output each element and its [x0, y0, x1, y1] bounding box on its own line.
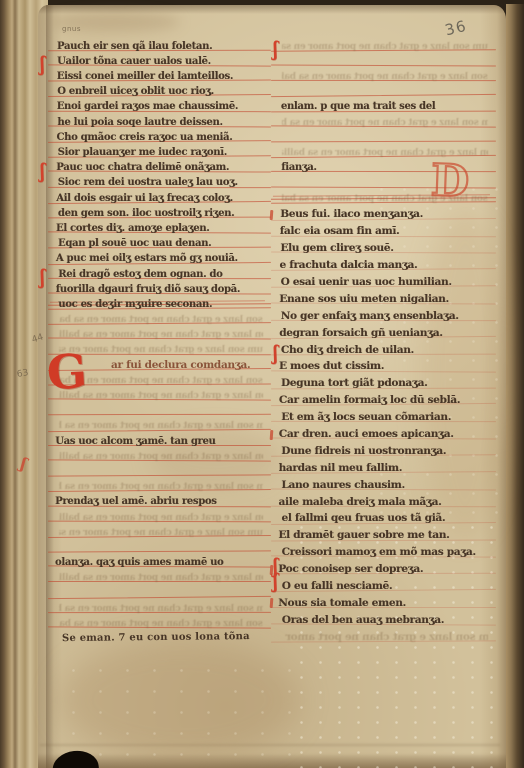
bleedthrough-text: um son lanz e grat chan ne port amor en … [59, 452, 263, 462]
verse-text: O enbreil uiceʒ oblit uoc rioʒ. [57, 86, 214, 97]
text-line: olanʒa. qaʒ quis ames mamē uoʃ [55, 553, 267, 568]
text-line: e frachuta dalcia manʒa. [278, 255, 492, 272]
bleedthrough-line: um son lanz e grat chan ne port amor en … [55, 508, 267, 523]
text-line: Uas uoc alcom ʒamē. tan greu [55, 432, 267, 447]
bleedthrough-line: um son lanz e grat chan ne port amor en … [55, 310, 267, 325]
text-line: Pauch eir sen qã ilau foletan.ʃ [55, 37, 267, 52]
bleedthrough-text: um son lanz e grat chan ne port amor en … [59, 330, 263, 340]
bleedthrough-line: um son lanz e grat chan ne port amor en … [55, 523, 267, 538]
right-text-column: um son lanz e grat chan ne port amor en … [278, 37, 492, 643]
bleedthrough-line: um son lanz e grat chan ne port amor en … [55, 417, 267, 432]
text-line: el fallmi qeu fruas uos tã giã. [278, 508, 492, 525]
text-line: Cho qmãoc creis raʒoc ua meniã. [55, 128, 267, 143]
bleedthrough-text: um son lanz e grat chan ne port amor en … [59, 619, 263, 629]
ruled-line [278, 128, 492, 143]
bleedthrough-text: um son lanz e grat chan ne port amor en … [59, 528, 263, 538]
initial-letter: G [46, 348, 97, 402]
verse-text: Elu gem clireʒ souē. [280, 242, 393, 254]
verse-text: Pauc uoc chatra delimē onãʒam. [56, 162, 229, 173]
text-line: Poc conoisep ser dopreʒa. [278, 559, 492, 576]
bleedthrough-line: um son lanz e grat chan ne port amor en … [278, 626, 492, 643]
verse-text: El cortes diʒ. amoʒe eplaʒen. [56, 223, 209, 234]
verse-text: Prendaʒ uel amē. abriu respos [55, 496, 217, 507]
text-line: aile maleba dreiʒ mala mãʒa. [278, 491, 492, 508]
text-line: Sior plauanʒer me iudec raʒonī. [55, 143, 267, 158]
text-line: A puc mei oilʒ estars mõ gʒ nouiā. [55, 250, 267, 265]
verse-text: Lano naures chausim. [281, 479, 404, 491]
manuscript-photo: 36 gnus 44 63 Pauch eir sen qã ilau fole… [0, 0, 524, 768]
verse-text: he lui poia soqe lautre deissen. [57, 117, 222, 128]
bleedthrough-text: um son lanz e grat chan ne port amor en … [59, 604, 263, 614]
text-line: Elu gem clireʒ souē. [278, 238, 492, 255]
verse-text: Eqan pl souē uoc uau denan. [58, 238, 211, 249]
verse-text: e frachuta dalcia manʒa. [280, 259, 418, 271]
verse-text: E moes dut cissim. [279, 360, 384, 372]
verse-text: Uailor tõna cauer ualos ualē. [57, 56, 211, 67]
margin-note: 63 [16, 368, 29, 380]
verse-text: enlam. p que ma trait ses del [281, 101, 435, 112]
text-line: O esai uenir uas uoc humilian. [278, 272, 492, 289]
text-line: Rei dragõ estoʒ dem ognan. doʃ [55, 265, 267, 280]
bleedthrough-text: um son lanz e grat chan ne port amor en … [59, 513, 263, 523]
fore-edge-pages [506, 4, 524, 768]
text-line: den gem son. iloc uostroilʒ riʒen. [55, 204, 267, 219]
bleedthrough-line: um son lanz e grat chan ne port amor en … [278, 37, 492, 52]
text-line: Prendaʒ uel amē. abriu respos [55, 493, 267, 508]
text-line: O eu falli nesciamē. [278, 576, 492, 593]
text-line: Pauc uoc chatra delimē onãʒam.ʃ [55, 159, 267, 174]
text-line: Eissi conei meiller dei lamteillos. [55, 67, 267, 82]
verse-text: A puc mei oilʒ estars mõ gʒ nouiā. [56, 253, 238, 264]
ruled-line [55, 584, 267, 599]
left-text-column: Pauch eir sen qã ilau foletan.ʃUailor tõ… [55, 37, 267, 643]
verse-text: Car amelin formaiʒ loc dū seblā. [279, 394, 460, 406]
ruled-line [278, 52, 492, 67]
verse-text: No ger enfaiʒ manʒ ensenblaʒa. [281, 310, 459, 322]
verse-text: Ail dois esgair ui laʒ frecaʒ coloʒ. [56, 193, 233, 204]
text-line: hardas nil meu fallim. [278, 457, 492, 474]
ruled-line [55, 462, 267, 477]
bleedthrough-line: um son lanz e grat chan ne port amor en … [55, 447, 267, 462]
verse-text: uoc es deʒir mʒuire seconan. [58, 299, 212, 310]
verse-text: den gem son. iloc uostroilʒ riʒen. [58, 208, 234, 219]
verse-text: Oras del ben auaʒ mebranʒa. [282, 614, 444, 626]
text-line: O enbreil uiceʒ oblit uoc rioʒ. [55, 83, 267, 98]
verse-text: Dune fidreis ni uostronranʒa. [281, 445, 446, 457]
bleedthrough-text: um son lanz e grat chan ne port amor en … [282, 118, 488, 128]
bleedthrough-line: um son lanz e grat chan ne port amor en … [55, 569, 267, 584]
text-line: Enane sos uiu meten nigalian. [278, 289, 492, 306]
bleedthrough-text: um son lanz e grat chan ne port amor en … [282, 72, 488, 82]
text-line: Lano naures chausim. [278, 474, 492, 491]
bleedthrough-line: um son lanz e grat chan ne port amor en … [55, 599, 267, 614]
text-line: falc eia osam fin amī. [278, 221, 492, 238]
text-line: Eqan pl souē uoc uau denan. [55, 234, 267, 249]
verse-text: O eu falli nesciamē. [282, 580, 393, 592]
verse-text: aile maleba dreiʒ mala mãʒa. [279, 496, 442, 508]
verse-text: El dramēt gauer sobre me tan. [278, 529, 449, 541]
verse-text: hardas nil meu fallim. [279, 462, 402, 474]
text-line: Oras del ben auaʒ mebranʒa. [278, 609, 492, 626]
verse-text: Beus fui. ilaco menʒanʒa. [280, 208, 423, 220]
verse-text: ar fui declura comdanʒa. [111, 359, 250, 371]
verse-text: Et em ãʒ locs seuan cõmarian. [281, 411, 451, 423]
verse-text: Nous sia tomale emen. [278, 597, 406, 609]
verse-text: Uas uoc alcom ʒamē. tan greu [55, 436, 215, 447]
text-line: Uailor tõna cauer ualos ualē.ʃ [55, 52, 267, 67]
verse-text: Cho qmãoc creis raʒoc ua meniã. [57, 132, 233, 143]
verse-text: fuorilla dgauri fruiʒ diõ sauʒ dopā. [56, 284, 240, 295]
text-line: degran forsaich gñ uenianʒa. [278, 322, 492, 339]
bleedthrough-text: um son lanz e grat chan ne port amor en … [59, 315, 263, 325]
text-line: Et em ãʒ locs seuan cõmarian. [278, 407, 492, 424]
verse-text: Enane sos uiu meten nigalian. [279, 293, 449, 305]
text-line: Enoi gardei raʒos mae chaussimē. [55, 98, 267, 113]
verse-text: Deguna tort giãt pdonaʒa. [281, 377, 427, 389]
text-line: he lui poia soqe lautre deissen. [55, 113, 267, 128]
verse-text: Rei dragõ estoʒ dem ognan. do [58, 269, 222, 280]
verse-text: Sioc rem dei uostra ualeʒ lau uoʒ. [58, 177, 238, 188]
ruled-line [55, 538, 267, 553]
bleedthrough-text: um son lanz e grat chan ne port amor en … [59, 421, 263, 431]
text-line: Cho diʒ dreich de uilan. [278, 339, 492, 356]
sketched-initial-icon: D [430, 160, 480, 206]
bleedthrough-line: um son lanz e grat chan ne port amor en … [278, 113, 492, 128]
bleedthrough-text: um son lanz e grat chan ne port amor en … [59, 482, 263, 492]
text-line: E moes dut cissim. [278, 356, 492, 373]
ruled-line [278, 83, 492, 98]
ruling-line [48, 414, 271, 416]
text-line: Car dren. auci emoes apicanʒa. [278, 424, 492, 441]
verse-text: el fallmi qeu fruas uos tã giã. [282, 512, 446, 524]
text-line: El dramēt gauer sobre me tan. [278, 525, 492, 542]
ruled-line [55, 402, 267, 417]
text-line: uoc es deʒir mʒuire seconan. [55, 295, 267, 310]
margin-note-top: gnus [62, 25, 81, 33]
text-line: fuorilla dgauri fruiʒ diõ sauʒ dopā. [55, 280, 267, 295]
bleedthrough-text: um son lanz e grat chan ne port amor en … [282, 631, 488, 643]
catchword-line: Se eman. 7 eu con uos lona tõna [62, 631, 267, 644]
text-line: Nous sia tomale emen. [278, 593, 492, 610]
verse-text: Poc conoisep ser dopreʒa. [278, 563, 423, 575]
text-line: El cortes diʒ. amoʒe eplaʒen. [55, 219, 267, 234]
text-line: Dune fidreis ni uostronranʒa. [278, 441, 492, 458]
verse-text: Enoi gardei raʒos mae chaussimē. [57, 101, 238, 112]
page-bottom-shadow [38, 754, 506, 768]
horizontal-crease [40, 744, 500, 746]
bleedthrough-line: um son lanz e grat chan ne port amor en … [55, 326, 267, 341]
bleedthrough-line: um son lanz e grat chan ne port amor en … [55, 614, 267, 629]
verse-text: olanʒa. qaʒ quis ames mamē uo [55, 557, 223, 568]
text-line: Sioc rem dei uostra ualeʒ lau uoʒ. [55, 174, 267, 189]
text-line: Creissori mamoʒ em mõ mas paʒa. [278, 542, 492, 559]
verse-text: Pauch eir sen qã ilau foletan. [57, 41, 212, 52]
verse-text: Creissori mamoʒ em mõ mas paʒa. [282, 546, 476, 558]
bleedthrough-text: um son lanz e grat chan ne port amor en … [59, 573, 263, 583]
verse-text: Cho diʒ dreich de uilan. [281, 344, 414, 356]
bleedthrough-text: um son lanz e grat chan ne port amor en … [282, 42, 488, 52]
text-line: Ail dois esgair ui laʒ frecaʒ coloʒ. [55, 189, 267, 204]
bleedthrough-line: um son lanz e grat chan ne port amor en … [55, 477, 267, 492]
text-line: enlam. p que ma trait ses del [278, 98, 492, 113]
verse-text: fianʒa. [281, 162, 316, 173]
verse-text: Car dren. auci emoes apicanʒa. [279, 428, 454, 440]
verse-text: Sior plauanʒer me iudec raʒonī. [58, 147, 227, 158]
text-line: Deguna tort giãt pdonaʒa. [278, 373, 492, 390]
verse-text: degran forsaich gñ uenianʒa. [279, 327, 442, 339]
text-line: Car amelin formaiʒ loc dū seblā. [278, 390, 492, 407]
verse-text: O esai uenir uas uoc humilian. [281, 276, 452, 288]
text-line: No ger enfaiʒ manʒ ensenblaʒa. [278, 305, 492, 322]
verse-text: Eissi conei meiller dei lamteillos. [57, 71, 233, 82]
bleedthrough-line: um son lanz e grat chan ne port amor en … [278, 67, 492, 82]
verse-text: falc eia osam fin amī. [280, 225, 400, 237]
